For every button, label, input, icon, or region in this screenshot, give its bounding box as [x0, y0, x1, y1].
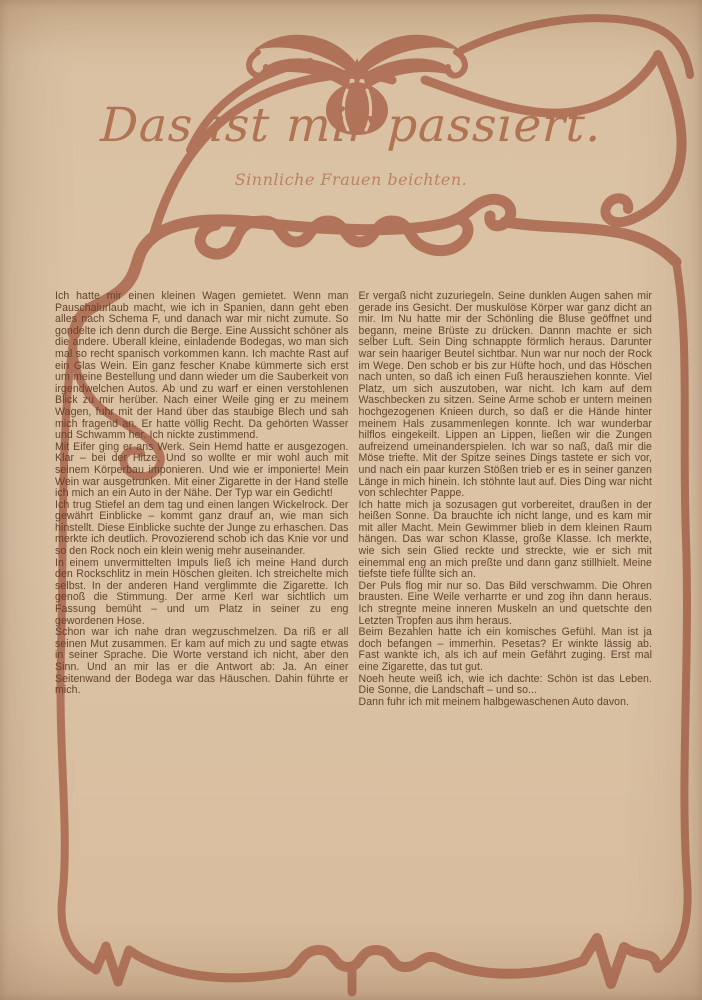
paragraph: Der Puls flog mir nur so. Das Bild versc…	[359, 581, 653, 627]
paragraph: In einem unvermittelten Impuls ließ ich …	[55, 558, 349, 628]
paragraph: Schon war ich nahe dran wegzuschmelzen. …	[55, 627, 349, 697]
text-column-right: Er vergaß nicht zuzuriegeln. Seine dunkl…	[359, 291, 653, 941]
paragraph: Mit Eifer ging er ans Werk. Sein Hemd ha…	[55, 442, 349, 500]
scroll-wave-divider	[186, 207, 516, 263]
paragraph: Noeh heute weiß ich, wie ich dachte: Sch…	[359, 674, 653, 697]
text-column-left: Ich hatte mir einen kleinen Wagen gemiet…	[55, 291, 349, 941]
article-body: Ich hatte mir einen kleinen Wagen gemiet…	[55, 291, 652, 941]
paragraph: Dann fuhr ich mit meinem halbgewaschenen…	[359, 697, 653, 709]
paragraph: Ich hatte mich ja sozusagen gut vorberei…	[359, 500, 653, 581]
paragraph: Er vergaß nicht zuzuriegeln. Seine dunkl…	[359, 291, 653, 500]
paragraph: Ich trug Stiefel an dem tag und einen la…	[55, 500, 349, 558]
page-title: Das ist mir passiert.	[0, 98, 702, 153]
paragraph: Ich hatte mir einen kleinen Wagen gemiet…	[55, 291, 349, 442]
magazine-page: Das ist mir passiert. Sinnliche Frauen b…	[0, 0, 702, 1000]
paragraph: Beim Bezahlen hatte ich ein komisches Ge…	[359, 627, 653, 673]
page-subtitle: Sinnliche Frauen beichten.	[0, 170, 702, 189]
